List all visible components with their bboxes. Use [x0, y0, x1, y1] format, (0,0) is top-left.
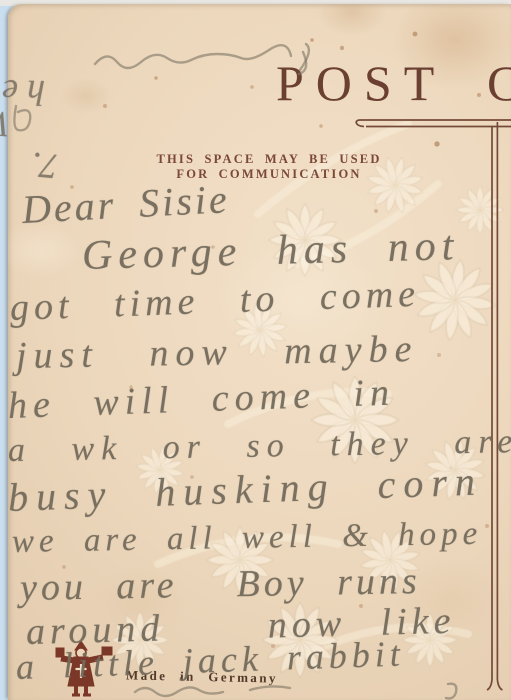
- handwritten-message-line: just now maybe: [16, 327, 419, 378]
- inverted-pencil-line: 7.: [29, 144, 60, 188]
- post-card-title-partial-c: C: [487, 54, 511, 112]
- age-freckles: [8, 4, 10, 6]
- post-card-title: POST: [276, 54, 446, 112]
- communication-notice: THIS SPACE MAY BE USED FOR COMMUNICATION: [130, 152, 408, 181]
- scan-background: POST C THIS SPACE MAY BE USED FOR COMMUN…: [0, 0, 511, 700]
- notice-line-1: THIS SPACE MAY BE USED: [130, 152, 408, 167]
